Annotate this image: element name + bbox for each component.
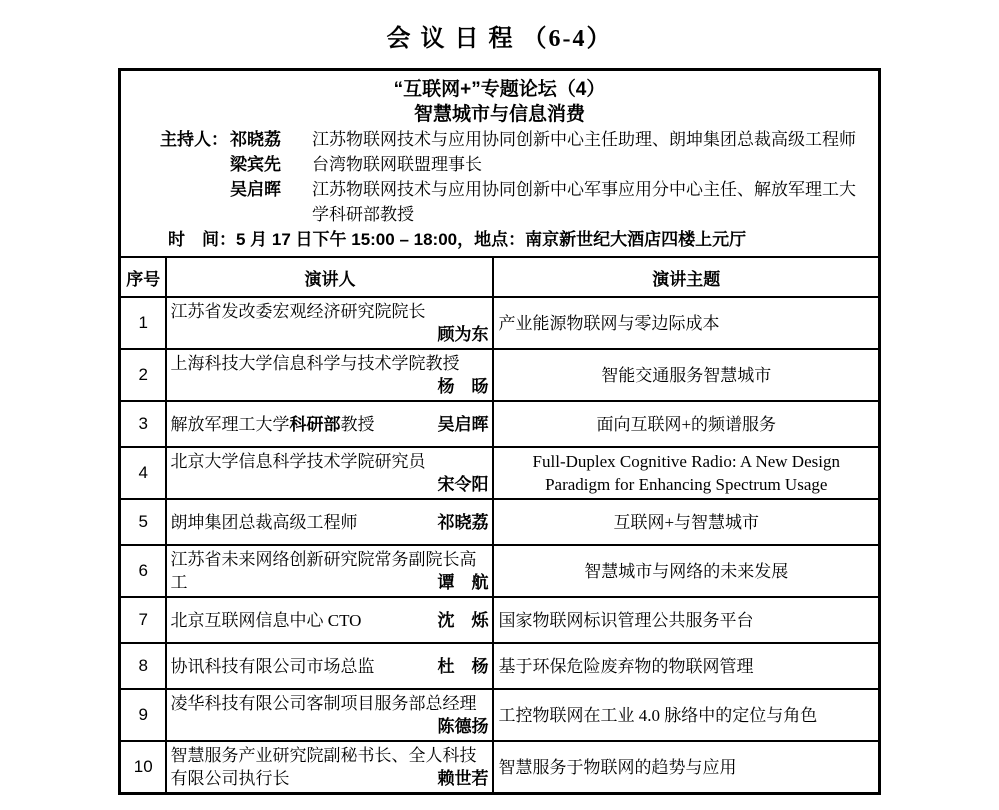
topic-cell: 国家物联网标识管理公共服务平台 [493, 597, 879, 643]
row-number: 7 [119, 597, 166, 643]
speaker-name: 祁晓荔 [437, 511, 488, 534]
col-header-speaker: 演讲人 [166, 257, 493, 297]
col-header-topic: 演讲主题 [493, 257, 879, 297]
speaker-name: 赖世若 [437, 767, 488, 790]
forum-info-cell: “互联网+”专题论坛（4） 智慧城市与信息消费 主持人：祁晓荔江苏物联网技术与应… [119, 70, 879, 258]
speaker-line: 陈德扬 [170, 715, 488, 738]
speaker-cell: 协讯科技有限公司市场总监杜 杨 [166, 643, 493, 689]
topic-cell: 工控物联网在工业 4.0 脉络中的定位与角色 [493, 689, 879, 741]
hosts-block: 主持人：祁晓荔江苏物联网技术与应用协同创新中心主任助理、朗坤集团总裁高级工程师梁… [160, 127, 870, 227]
forum-subtitle: 智慧城市与信息消费 [129, 102, 870, 127]
speaker-line: 顾为东 [170, 323, 488, 346]
speaker-cell: 上海科技大学信息科学与技术学院教授杨 旸 [166, 349, 493, 401]
host-description: 江苏物联网技术与应用协同创新中心军事应用分中心主任、解放军理工大 学科研部教授 [312, 177, 870, 227]
row-number: 9 [119, 689, 166, 741]
affiliation-segment: 江苏省发改委宏观经济研究院院长 [170, 302, 425, 321]
speaker-line: 协讯科技有限公司市场总监杜 杨 [170, 655, 488, 678]
host-description: 江苏物联网技术与应用协同创新中心主任助理、朗坤集团总裁高级工程师 [312, 127, 870, 152]
affiliation-segment: 教授 [340, 415, 374, 434]
row-number: 4 [119, 447, 166, 499]
speaker-affiliation: 有限公司执行长 [170, 767, 289, 790]
speaker-affiliation: 智慧服务产业研究院副秘书长、全人科技 [170, 744, 476, 767]
topic-cell: 智慧城市与网络的未来发展 [493, 545, 879, 597]
affiliation-segment: 北京互联网信息中心 CTO [170, 611, 361, 630]
speaker-cell: 江苏省发改委宏观经济研究院院长顾为东 [166, 297, 493, 349]
forum-info-row: “互联网+”专题论坛（4） 智慧城市与信息消费 主持人：祁晓荔江苏物联网技术与应… [119, 70, 879, 258]
speaker-name: 沈 烁 [437, 609, 488, 632]
speaker-line: 北京互联网信息中心 CTO沈 烁 [170, 609, 488, 632]
table-row: 1江苏省发改委宏观经济研究院院长顾为东产业能源物联网与零边际成本 [119, 297, 879, 349]
topic-cell: 基于环保危险废弃物的物联网管理 [493, 643, 879, 689]
hosts-label: 主持人： [160, 127, 230, 152]
topic-cell: Full-Duplex Cognitive Radio: A New Desig… [493, 447, 879, 499]
host-description: 台湾物联网联盟理事长 [312, 152, 870, 177]
speaker-line: 杨 旸 [170, 375, 488, 398]
page-title: 会 议 日 程 （6-4） [0, 24, 999, 54]
speaker-line: 江苏省未来网络创新研究院常务副院长高 [170, 548, 488, 571]
speaker-line: 江苏省发改委宏观经济研究院院长 [170, 300, 488, 323]
speaker-cell: 解放军理工大学科研部教授吴启晖 [166, 401, 493, 447]
host-name: 吴启晖 [230, 177, 312, 227]
affiliation-segment: 北京大学信息科学技术学院研究员 [170, 452, 425, 471]
row-number: 6 [119, 545, 166, 597]
affiliation-segment: 科研部 [289, 415, 340, 434]
speaker-line: 北京大学信息科学技术学院研究员 [170, 450, 488, 473]
host-name: 梁宾先 [230, 152, 312, 177]
speaker-cell: 北京大学信息科学技术学院研究员宋令阳 [166, 447, 493, 499]
table-header-row: 序号 演讲人 演讲主题 [119, 257, 879, 297]
affiliation-segment: 江苏省未来网络创新研究院常务副院长高 [170, 550, 476, 569]
speaker-cell: 智慧服务产业研究院副秘书长、全人科技有限公司执行长赖世若 [166, 741, 493, 794]
row-number: 5 [119, 499, 166, 545]
speaker-affiliation: 协讯科技有限公司市场总监 [170, 655, 374, 678]
col-header-no: 序号 [119, 257, 166, 297]
speaker-name: 谭 航 [437, 571, 488, 594]
table-row: 4北京大学信息科学技术学院研究员宋令阳Full-Duplex Cognitive… [119, 447, 879, 499]
speaker-affiliation: 北京互联网信息中心 CTO [170, 609, 361, 632]
speaker-affiliation: 江苏省发改委宏观经济研究院院长 [170, 300, 425, 323]
topic-cell: 面向互联网+的频谱服务 [493, 401, 879, 447]
speaker-cell: 凌华科技有限公司客制项目服务部总经理陈德扬 [166, 689, 493, 741]
affiliation-segment: 工 [170, 573, 187, 592]
row-number: 10 [119, 741, 166, 794]
affiliation-segment: 协讯科技有限公司市场总监 [170, 657, 374, 676]
speaker-affiliation: 上海科技大学信息科学与技术学院教授 [170, 352, 459, 375]
speaker-line: 上海科技大学信息科学与技术学院教授 [170, 352, 488, 375]
row-number: 8 [119, 643, 166, 689]
host-name: 祁晓荔 [230, 127, 312, 152]
row-number: 2 [119, 349, 166, 401]
affiliation-segment: 上海科技大学信息科学与技术学院教授 [170, 354, 459, 373]
time-location-line: 时 间：5 月 17 日下午 15:00 – 18:00，地点：南京新世纪大酒店… [168, 227, 870, 252]
topic-cell: 智慧服务于物联网的趋势与应用 [493, 741, 879, 794]
speaker-cell: 朗坤集团总裁高级工程师祁晓荔 [166, 499, 493, 545]
speaker-cell: 北京互联网信息中心 CTO沈 烁 [166, 597, 493, 643]
speaker-line: 凌华科技有限公司客制项目服务部总经理 [170, 692, 488, 715]
hosts-label [160, 177, 230, 227]
table-row: 9凌华科技有限公司客制项目服务部总经理陈德扬工控物联网在工业 4.0 脉络中的定… [119, 689, 879, 741]
speaker-affiliation: 解放军理工大学科研部教授 [170, 413, 374, 436]
speaker-line: 朗坤集团总裁高级工程师祁晓荔 [170, 511, 488, 534]
topic-cell: 产业能源物联网与零边际成本 [493, 297, 879, 349]
speaker-name: 吴启晖 [437, 413, 488, 436]
affiliation-segment: 智慧服务产业研究院副秘书长、全人科技 [170, 746, 476, 765]
speaker-line: 工谭 航 [170, 571, 488, 594]
speaker-name: 陈德扬 [437, 715, 488, 738]
speaker-line: 智慧服务产业研究院副秘书长、全人科技 [170, 744, 488, 767]
speaker-affiliation: 凌华科技有限公司客制项目服务部总经理 [170, 692, 476, 715]
affiliation-segment: 解放军理工大学 [170, 415, 289, 434]
speaker-affiliation: 朗坤集团总裁高级工程师 [170, 511, 357, 534]
row-number: 3 [119, 401, 166, 447]
speaker-name: 宋令阳 [437, 473, 488, 496]
table-row: 10智慧服务产业研究院副秘书长、全人科技有限公司执行长赖世若智慧服务于物联网的趋… [119, 741, 879, 794]
topic-cell: 智能交通服务智慧城市 [493, 349, 879, 401]
speaker-affiliation: 北京大学信息科学技术学院研究员 [170, 450, 425, 473]
table-row: 8协讯科技有限公司市场总监杜 杨基于环保危险废弃物的物联网管理 [119, 643, 879, 689]
table-row: 7北京互联网信息中心 CTO沈 烁国家物联网标识管理公共服务平台 [119, 597, 879, 643]
speaker-affiliation: 工 [170, 571, 187, 594]
forum-title: “互联网+”专题论坛（4） [129, 77, 870, 102]
speaker-line: 有限公司执行长赖世若 [170, 767, 488, 790]
speaker-cell: 江苏省未来网络创新研究院常务副院长高工谭 航 [166, 545, 493, 597]
topic-cell: 互联网+与智慧城市 [493, 499, 879, 545]
speaker-name: 杜 杨 [437, 655, 488, 678]
table-row: 2上海科技大学信息科学与技术学院教授杨 旸智能交通服务智慧城市 [119, 349, 879, 401]
hosts-label [160, 152, 230, 177]
row-number: 1 [119, 297, 166, 349]
affiliation-segment: 凌华科技有限公司客制项目服务部总经理 [170, 694, 476, 713]
speaker-line: 宋令阳 [170, 473, 488, 496]
affiliation-segment: 有限公司执行长 [170, 769, 289, 788]
table-row: 3解放军理工大学科研部教授吴启晖面向互联网+的频谱服务 [119, 401, 879, 447]
speaker-name: 顾为东 [437, 323, 488, 346]
affiliation-segment: 朗坤集团总裁高级工程师 [170, 513, 357, 532]
table-row: 5朗坤集团总裁高级工程师祁晓荔互联网+与智慧城市 [119, 499, 879, 545]
schedule-table: “互联网+”专题论坛（4） 智慧城市与信息消费 主持人：祁晓荔江苏物联网技术与应… [118, 68, 881, 795]
table-row: 6江苏省未来网络创新研究院常务副院长高工谭 航智慧城市与网络的未来发展 [119, 545, 879, 597]
speaker-line: 解放军理工大学科研部教授吴启晖 [170, 413, 488, 436]
speaker-name: 杨 旸 [437, 375, 488, 398]
speaker-affiliation: 江苏省未来网络创新研究院常务副院长高 [170, 548, 476, 571]
